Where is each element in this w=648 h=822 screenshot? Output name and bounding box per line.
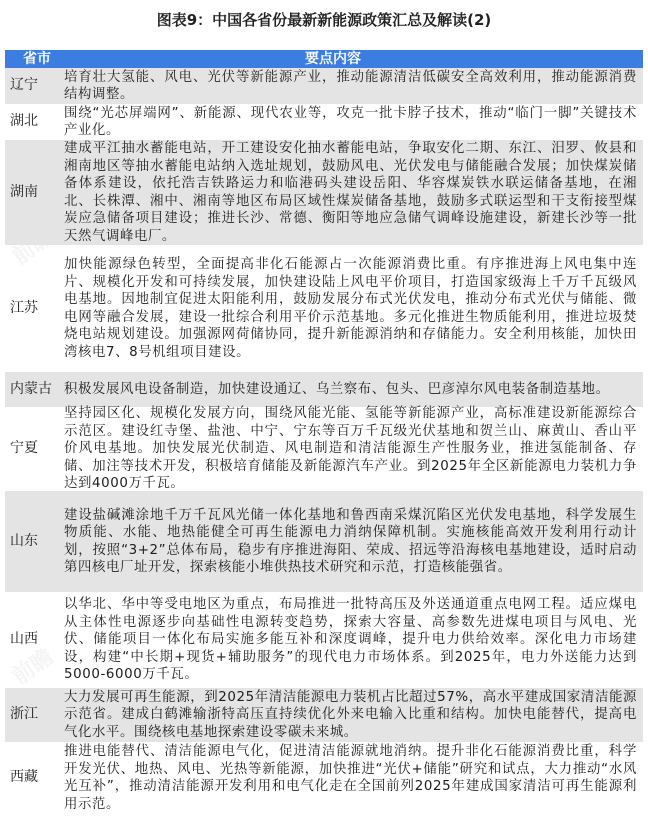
content-cell: 围绕“光芯屏端网”、新能源、现代农业等，攻克一批卡脖子技术，推动“临门一脚”关键…	[64, 104, 643, 141]
province-cell: 西藏	[5, 769, 64, 787]
content-cell: 积极发展风电设备制造，加快建设通辽、乌兰察布、包头、巴彦淖尔风电装备制造基地。	[64, 380, 643, 400]
table-row: 山西 以华北、华中等受电地区为重点，布局推进一批特高压及外送通道重点电网工程。适…	[5, 592, 643, 688]
chart-title: 图表9：中国各省份最新新能源政策汇总及解读(2)	[0, 9, 648, 30]
table-row: 宁夏 坚持园区化、规模化发展方向，围绕风能光能、氢能等新能源产业，高标准建设新能…	[5, 407, 643, 491]
province-cell: 辽宁	[5, 77, 64, 95]
policy-table: 省市 要点内容 辽宁 培育壮大氢能、风电、光伏等新能源产业，推动能源清洁低碳安全…	[5, 50, 643, 814]
province-cell: 湖南	[5, 184, 64, 202]
province-cell: 山东	[5, 533, 64, 551]
province-cell: 山西	[5, 631, 64, 649]
content-cell: 建成平江抽水蓄能电站，开工建设安化抽水蓄能电站，争取安化二期、东江、汨罗、攸县和…	[64, 139, 643, 246]
content-cell: 大力发展可再生能源，到2025年清洁能源电力装机占比超过57%，高水平建成国家清…	[64, 688, 643, 743]
province-cell: 湖北	[5, 113, 64, 131]
table-row: 浙江 大力发展可再生能源，到2025年清洁能源电力装机占比超过57%，高水平建成…	[5, 688, 643, 742]
province-cell: 内蒙古	[5, 381, 64, 399]
header-province: 省市	[5, 50, 63, 68]
province-cell: 宁夏	[5, 440, 64, 458]
province-cell: 江苏	[5, 300, 64, 318]
table-row: 湖北 围绕“光芯屏端网”、新能源、现代农业等，攻克一批卡脖子技术，推动“临门一脚…	[5, 104, 643, 140]
province-cell: 浙江	[5, 706, 64, 724]
table-row: 江苏 加快能源绿色转型，全面提高非化石能源占一次能源消费比重。有序推进海上风电集…	[5, 245, 643, 372]
content-cell: 以华北、华中等受电地区为重点，布局推进一批特高压及外送通道重点电网工程。适应煤电…	[64, 595, 643, 685]
table-row: 西藏 推进电能替代、清洁能源电气化，促进清洁能源就地消纳。提升非化石能源消费比重…	[5, 742, 643, 814]
table-header: 省市 要点内容	[5, 50, 643, 68]
table-row: 内蒙古 积极发展风电设备制造，加快建设通辽、乌兰察布、包头、巴彦淖尔风电装备制造…	[5, 372, 643, 407]
table-row: 辽宁 培育壮大氢能、风电、光伏等新能源产业，推动能源清洁低碳安全高效利用，推动能…	[5, 68, 643, 104]
table-row: 湖南 建成平江抽水蓄能电站，开工建设安化抽水蓄能电站，争取安化二期、东江、汨罗、…	[5, 140, 643, 245]
content-cell: 推进电能替代、清洁能源电气化，促进清洁能源就地消纳。提升非化石能源消费比重，科学…	[64, 742, 643, 814]
content-cell: 培育壮大氢能、风电、光伏等新能源产业，推动能源清洁低碳安全高效利用，推动能源消费…	[64, 68, 643, 105]
header-content: 要点内容	[63, 50, 643, 68]
content-cell: 坚持园区化、规模化发展方向，围绕风能光能、氢能等新能源产业，高标准建设新能源综合…	[64, 404, 643, 494]
table-row: 山东 建设盐碱滩涂地千万千瓦风光储一体化基地和鲁西南采煤沉陷区光伏发电基地，科学…	[5, 491, 643, 592]
content-cell: 加快能源绿色转型，全面提高非化石能源占一次能源消费比重。有序推进海上风电集中连片…	[64, 255, 643, 362]
content-cell: 建设盐碱滩涂地千万千瓦风光储一体化基地和鲁西南采煤沉陷区光伏发电基地，科学发展生…	[64, 506, 643, 578]
